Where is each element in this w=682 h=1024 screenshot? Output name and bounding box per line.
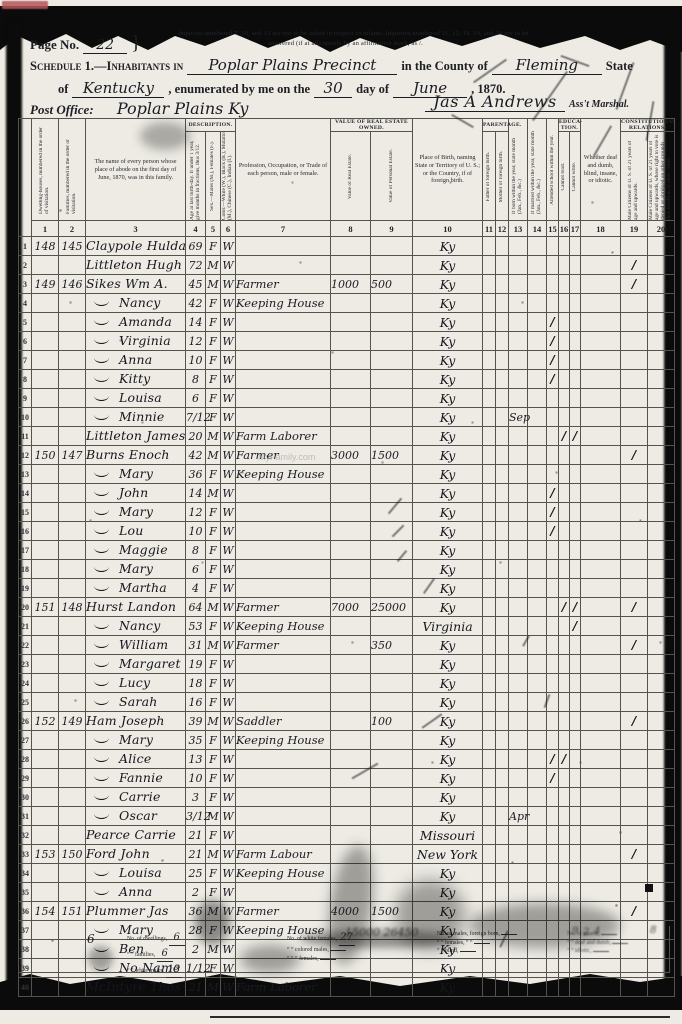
cell-personal-estate	[371, 978, 413, 997]
cell-male-citizen	[621, 693, 648, 712]
cell-male-citizen	[621, 541, 648, 560]
cell-deaf-dumb	[581, 712, 621, 731]
instructions-line1: Inquiries numbered 7, 10, and 13 are not…	[178, 30, 658, 37]
col-header-married-month: If married within the year, state month …	[528, 119, 547, 221]
cell-sex: F	[206, 731, 221, 750]
cell-mother-foreign	[496, 731, 509, 750]
column-number-row: 1234567891011121314151617181920	[19, 221, 675, 237]
cell-sex: F	[206, 750, 221, 769]
cell-dwelling-number	[32, 674, 59, 693]
cell-male-citizen	[621, 465, 648, 484]
cell-married-month	[528, 617, 547, 636]
cell-dwelling-number	[32, 769, 59, 788]
cell-male-citizen	[621, 617, 648, 636]
ditto-mark	[94, 755, 109, 762]
cell-dwelling-number	[32, 332, 59, 351]
cell-mother-foreign	[496, 617, 509, 636]
cell-birthplace: Ky	[413, 769, 483, 788]
cell-sex: F	[206, 541, 221, 560]
line-number: 34	[19, 864, 32, 883]
cell-name: Amanda	[86, 313, 186, 332]
cell-birth-month	[509, 826, 528, 845]
cell-mother-foreign	[496, 769, 509, 788]
cell-father-foreign	[483, 484, 496, 503]
column-number: 7	[236, 221, 331, 237]
census-row: 18Mary6FWKy	[19, 560, 675, 579]
cell-family-number	[59, 313, 86, 332]
cell-birth-month	[509, 560, 528, 579]
line-number: 27	[19, 731, 32, 750]
person-name: Nancy	[119, 295, 161, 310]
cell-personal-estate	[371, 617, 413, 636]
person-name: William	[119, 637, 168, 652]
cell-citizen-denied	[648, 674, 675, 693]
cell-citizen-denied	[648, 864, 675, 883]
cell-birthplace: Ky	[413, 978, 483, 997]
cell-dwelling-number	[32, 826, 59, 845]
line-number: 20	[19, 598, 32, 617]
cell-male-citizen	[621, 294, 648, 313]
cell-father-foreign	[483, 598, 496, 617]
cell-attended-school: /	[547, 351, 559, 370]
cell-father-foreign	[483, 883, 496, 902]
line-number: 40	[19, 978, 32, 997]
cell-personal-estate	[371, 351, 413, 370]
brace: }	[131, 32, 141, 54]
cell-birthplace: Ky	[413, 370, 483, 389]
footer-block-1: No. of dwellings, 6 “ “ families, 6 “ “ …	[127, 930, 185, 978]
cell-father-foreign	[483, 332, 496, 351]
cell-father-foreign	[483, 845, 496, 864]
census-row: 5Amanda14FWKy/	[19, 313, 675, 332]
cell-occupation: Keeping House	[236, 617, 331, 636]
cell-family-number	[59, 294, 86, 313]
cell-real-estate	[331, 788, 371, 807]
cell-birth-month	[509, 522, 528, 541]
cell-male-citizen	[621, 237, 648, 256]
cell-married-month	[528, 579, 547, 598]
cell-personal-estate	[371, 256, 413, 275]
cell-cannot-read	[559, 617, 570, 636]
cell-attended-school	[547, 275, 559, 294]
cell-male-citizen	[621, 864, 648, 883]
cell-deaf-dumb	[581, 788, 621, 807]
cell-age: 16	[186, 693, 206, 712]
cell-deaf-dumb	[581, 484, 621, 503]
cell-color: W	[221, 541, 236, 560]
cell-occupation	[236, 408, 331, 427]
cell-birthplace: Ky	[413, 731, 483, 750]
cell-personal-estate	[371, 788, 413, 807]
cell-married-month	[528, 864, 547, 883]
cell-personal-estate	[371, 674, 413, 693]
cell-deaf-dumb	[581, 313, 621, 332]
cell-cannot-write	[570, 446, 581, 465]
cell-attended-school	[547, 465, 559, 484]
cell-personal-estate	[371, 731, 413, 750]
cell-birth-month	[509, 275, 528, 294]
cell-married-month	[528, 826, 547, 845]
cell-sex: F	[206, 389, 221, 408]
line-number: 28	[19, 750, 32, 769]
cell-sex: M	[206, 598, 221, 617]
col-header-real-estate: Value of Real Estate.	[331, 132, 371, 221]
cell-family-number: 150	[59, 845, 86, 864]
cell-sex: F	[206, 351, 221, 370]
cell-cannot-read: /	[559, 598, 570, 617]
cell-male-citizen: /	[621, 446, 648, 465]
cell-cannot-read	[559, 522, 570, 541]
cell-sex: F	[206, 294, 221, 313]
line-number: 9	[19, 389, 32, 408]
cell-citizen-denied	[648, 503, 675, 522]
cell-sex: M	[206, 446, 221, 465]
cell-male-citizen	[621, 332, 648, 351]
cell-citizen-denied	[648, 731, 675, 750]
footer-tally: 6	[87, 932, 95, 946]
cell-birth-month	[509, 693, 528, 712]
cell-cannot-write	[570, 731, 581, 750]
page-number-line: Page No. 22 }	[30, 32, 141, 55]
cell-real-estate	[331, 750, 371, 769]
cell-sex: F	[206, 674, 221, 693]
cell-age: 39	[186, 712, 206, 731]
cell-personal-estate	[371, 522, 413, 541]
cell-birthplace: Ky	[413, 807, 483, 826]
cell-cannot-read	[559, 655, 570, 674]
cell-cannot-read	[559, 693, 570, 712]
cell-cannot-read	[559, 484, 570, 503]
cell-color: W	[221, 237, 236, 256]
cell-dwelling-number	[32, 408, 59, 427]
county-label: in the County of	[401, 59, 487, 73]
ditto-mark	[94, 774, 109, 781]
cell-attended-school	[547, 655, 559, 674]
cell-married-month	[528, 351, 547, 370]
cell-age: 3/12	[186, 807, 206, 826]
line-number: 36	[19, 902, 32, 921]
line-number: 31	[19, 807, 32, 826]
cell-age: 21	[186, 845, 206, 864]
cell-citizen-denied	[648, 313, 675, 332]
line-number: 4	[19, 294, 32, 313]
column-number: 16	[559, 221, 570, 237]
cell-cannot-write	[570, 674, 581, 693]
cell-married-month	[528, 788, 547, 807]
cell-name: Lou	[86, 522, 186, 541]
cell-family-number	[59, 256, 86, 275]
cell-name: Ham Joseph	[86, 712, 186, 731]
census-row: 12150147Burns Enoch42MWFarmer30001500Ky/	[19, 446, 675, 465]
ditto-mark	[94, 888, 109, 895]
cell-cannot-read	[559, 256, 570, 275]
cell-real-estate	[331, 313, 371, 332]
cell-cannot-read	[559, 845, 570, 864]
line-number: 33	[19, 845, 32, 864]
cell-color: W	[221, 750, 236, 769]
cell-married-month	[528, 598, 547, 617]
col-header-birthplace: Place of Birth, naming State or Territor…	[413, 119, 483, 221]
cell-occupation	[236, 769, 331, 788]
cell-dwelling-number	[32, 750, 59, 769]
cell-mother-foreign	[496, 636, 509, 655]
cell-birth-month	[509, 750, 528, 769]
cell-citizen-denied	[648, 598, 675, 617]
footer-value	[460, 951, 476, 952]
cell-male-citizen	[621, 883, 648, 902]
cell-family-number	[59, 522, 86, 541]
cell-name: Sikes Wm A.	[86, 275, 186, 294]
cell-birth-month	[509, 655, 528, 674]
ditto-mark	[94, 641, 109, 648]
day-label: day of	[356, 82, 389, 96]
of-label: of	[58, 82, 68, 96]
footer-value	[593, 951, 609, 952]
person-name: Kitty	[119, 371, 150, 386]
col-header-cannot-read: Cannot read.	[559, 132, 570, 221]
cell-real-estate	[331, 674, 371, 693]
cell-father-foreign	[483, 294, 496, 313]
column-number: 8	[331, 221, 371, 237]
census-row: 19Martha4FWKy	[19, 579, 675, 598]
cell-real-estate	[331, 579, 371, 598]
cell-occupation: Farmer	[236, 902, 331, 921]
cell-male-citizen	[621, 351, 648, 370]
cell-cannot-read	[559, 864, 570, 883]
cell-male-citizen	[621, 750, 648, 769]
cell-cannot-read	[559, 807, 570, 826]
person-name: Hurst Landon	[86, 599, 176, 614]
cell-cannot-read	[559, 978, 570, 997]
cell-personal-estate: 500	[371, 275, 413, 294]
cell-cannot-write	[570, 750, 581, 769]
cell-deaf-dumb	[581, 826, 621, 845]
cell-married-month	[528, 693, 547, 712]
cell-family-number	[59, 807, 86, 826]
person-name: Mary	[119, 466, 153, 481]
cell-male-citizen	[621, 408, 648, 427]
person-name: Mary	[119, 561, 153, 576]
cell-father-foreign	[483, 655, 496, 674]
cell-personal-estate: 1500	[371, 446, 413, 465]
cell-sex: M	[206, 427, 221, 446]
person-name: Lucy	[119, 675, 150, 690]
cell-mother-foreign	[496, 978, 509, 997]
cell-real-estate: 7000	[331, 598, 371, 617]
cell-real-estate	[331, 408, 371, 427]
cell-married-month	[528, 978, 547, 997]
cell-sex: M	[206, 845, 221, 864]
cell-father-foreign	[483, 731, 496, 750]
cell-real-estate: 1000	[331, 275, 371, 294]
census-row: 13Mary36FWKeeping HouseKy	[19, 465, 675, 484]
cell-occupation	[236, 788, 331, 807]
cell-male-citizen: /	[621, 256, 648, 275]
cell-citizen-denied	[648, 560, 675, 579]
census-row: 1148145Claypole Hulda69FWKy	[19, 237, 675, 256]
cell-mother-foreign	[496, 864, 509, 883]
cell-father-foreign	[483, 769, 496, 788]
cell-male-citizen	[621, 655, 648, 674]
cell-name: Claypole Hulda	[86, 237, 186, 256]
person-name: John	[119, 485, 148, 500]
cell-cannot-write	[570, 541, 581, 560]
cell-birth-month	[509, 503, 528, 522]
column-number: 18	[581, 221, 621, 237]
schedule-line: Schedule 1.—Inhabitants in Poplar Plains…	[30, 56, 633, 75]
column-number: 2	[59, 221, 86, 237]
cell-cannot-write	[570, 503, 581, 522]
cell-mother-foreign	[496, 541, 509, 560]
cell-birth-month	[509, 351, 528, 370]
cell-birthplace: Ky	[413, 351, 483, 370]
cell-age: 21	[186, 978, 206, 997]
state-value: Kentucky	[72, 79, 164, 98]
cell-sex: F	[206, 522, 221, 541]
cell-family-number	[59, 389, 86, 408]
cell-mother-foreign	[496, 560, 509, 579]
cell-attended-school	[547, 674, 559, 693]
col-header-color: Color.—White (W.), Black (B.), Mulatto (…	[221, 132, 236, 221]
cell-dwelling-number	[32, 389, 59, 408]
cell-cannot-write: /	[570, 598, 581, 617]
cell-dwelling-number	[32, 522, 59, 541]
cell-citizen-denied	[648, 636, 675, 655]
cell-married-month	[528, 541, 547, 560]
cell-father-foreign	[483, 617, 496, 636]
cell-sex: F	[206, 579, 221, 598]
cell-age: 10	[186, 522, 206, 541]
cell-birthplace: Ky	[413, 655, 483, 674]
cell-dwelling-number	[32, 655, 59, 674]
cell-name: McIntyre Thos	[86, 978, 186, 997]
cell-male-citizen	[621, 389, 648, 408]
cell-age: 42	[186, 294, 206, 313]
census-row: 29Fannie10FWKy/	[19, 769, 675, 788]
cell-mother-foreign	[496, 237, 509, 256]
cell-attended-school	[547, 408, 559, 427]
ditto-mark	[94, 869, 109, 876]
cell-family-number	[59, 693, 86, 712]
cell-married-month	[528, 560, 547, 579]
cell-mother-foreign	[496, 693, 509, 712]
cell-cannot-write	[570, 256, 581, 275]
cell-color: W	[221, 389, 236, 408]
cell-cannot-read	[559, 579, 570, 598]
cell-occupation: Keeping House	[236, 294, 331, 313]
cell-cannot-read	[559, 826, 570, 845]
cell-sex: M	[206, 484, 221, 503]
cell-birthplace: Ky	[413, 294, 483, 313]
cell-color: W	[221, 370, 236, 389]
cell-birth-month	[509, 541, 528, 560]
person-name: Mary	[119, 732, 153, 747]
line-number: 19	[19, 579, 32, 598]
cell-dwelling-number: 148	[32, 237, 59, 256]
cell-sex: F	[206, 617, 221, 636]
cell-deaf-dumb	[581, 256, 621, 275]
cell-age: 10	[186, 351, 206, 370]
person-name: Margaret	[119, 656, 181, 671]
cell-mother-foreign	[496, 389, 509, 408]
cell-attended-school	[547, 636, 559, 655]
cell-birth-month	[509, 769, 528, 788]
line-number: 10	[19, 408, 32, 427]
cell-attended-school	[547, 427, 559, 446]
cell-age: 12	[186, 503, 206, 522]
person-name: Pearce Carrie	[86, 827, 176, 842]
census-row: 22William31MWFarmer350Ky/	[19, 636, 675, 655]
cell-dwelling-number: 149	[32, 275, 59, 294]
cell-citizen-denied	[648, 693, 675, 712]
cell-name: Ford John	[86, 845, 186, 864]
cell-cannot-read	[559, 769, 570, 788]
cell-mother-foreign	[496, 655, 509, 674]
cell-name: Mary	[86, 560, 186, 579]
cell-married-month	[528, 389, 547, 408]
cell-mother-foreign	[496, 275, 509, 294]
cell-dwelling-number	[32, 541, 59, 560]
cell-color: W	[221, 598, 236, 617]
cell-real-estate	[331, 807, 371, 826]
ditto-mark	[94, 375, 109, 382]
cell-mother-foreign	[496, 408, 509, 427]
census-row: 23Margaret19FWKy	[19, 655, 675, 674]
line-number: 14	[19, 484, 32, 503]
cell-family-number	[59, 788, 86, 807]
cell-citizen-denied	[648, 389, 675, 408]
cell-age: 18	[186, 674, 206, 693]
col-header-deaf-dumb: Whether deaf and dumb, blind, insane, or…	[581, 119, 621, 221]
cell-citizen-denied	[648, 579, 675, 598]
cell-deaf-dumb	[581, 674, 621, 693]
cell-real-estate	[331, 332, 371, 351]
cell-occupation: Keeping House	[236, 864, 331, 883]
cell-personal-estate	[371, 389, 413, 408]
cell-birth-month	[509, 370, 528, 389]
ink-smudge	[140, 122, 190, 150]
cell-dwelling-number	[32, 807, 59, 826]
person-name: Anna	[119, 352, 152, 367]
cell-married-month	[528, 750, 547, 769]
cell-deaf-dumb	[581, 503, 621, 522]
cell-dwelling-number	[32, 294, 59, 313]
cell-cannot-write	[570, 883, 581, 902]
cell-personal-estate	[371, 845, 413, 864]
cell-cannot-read: /	[559, 750, 570, 769]
line-number: 25	[19, 693, 32, 712]
cell-birthplace: Ky	[413, 579, 483, 598]
cell-sex: F	[206, 826, 221, 845]
census-row: 28Alice13FWKy//	[19, 750, 675, 769]
cell-deaf-dumb	[581, 693, 621, 712]
footer-value	[612, 943, 628, 944]
cell-dwelling-number	[32, 693, 59, 712]
col-header-citizen-denied: Male Citizens of U. S. of 21 years of ag…	[648, 132, 675, 221]
cell-cannot-read	[559, 370, 570, 389]
ditto-mark	[94, 660, 109, 667]
cell-name: Oscar	[86, 807, 186, 826]
ditto-mark	[94, 736, 109, 743]
cell-father-foreign	[483, 674, 496, 693]
cell-sex: M	[206, 807, 221, 826]
cell-cannot-write	[570, 522, 581, 541]
cell-age: 25	[186, 864, 206, 883]
col-header-father-foreign: Father of foreign birth.	[483, 132, 496, 221]
cell-sex: F	[206, 864, 221, 883]
cell-birthplace: Ky	[413, 788, 483, 807]
cell-birth-month	[509, 237, 528, 256]
